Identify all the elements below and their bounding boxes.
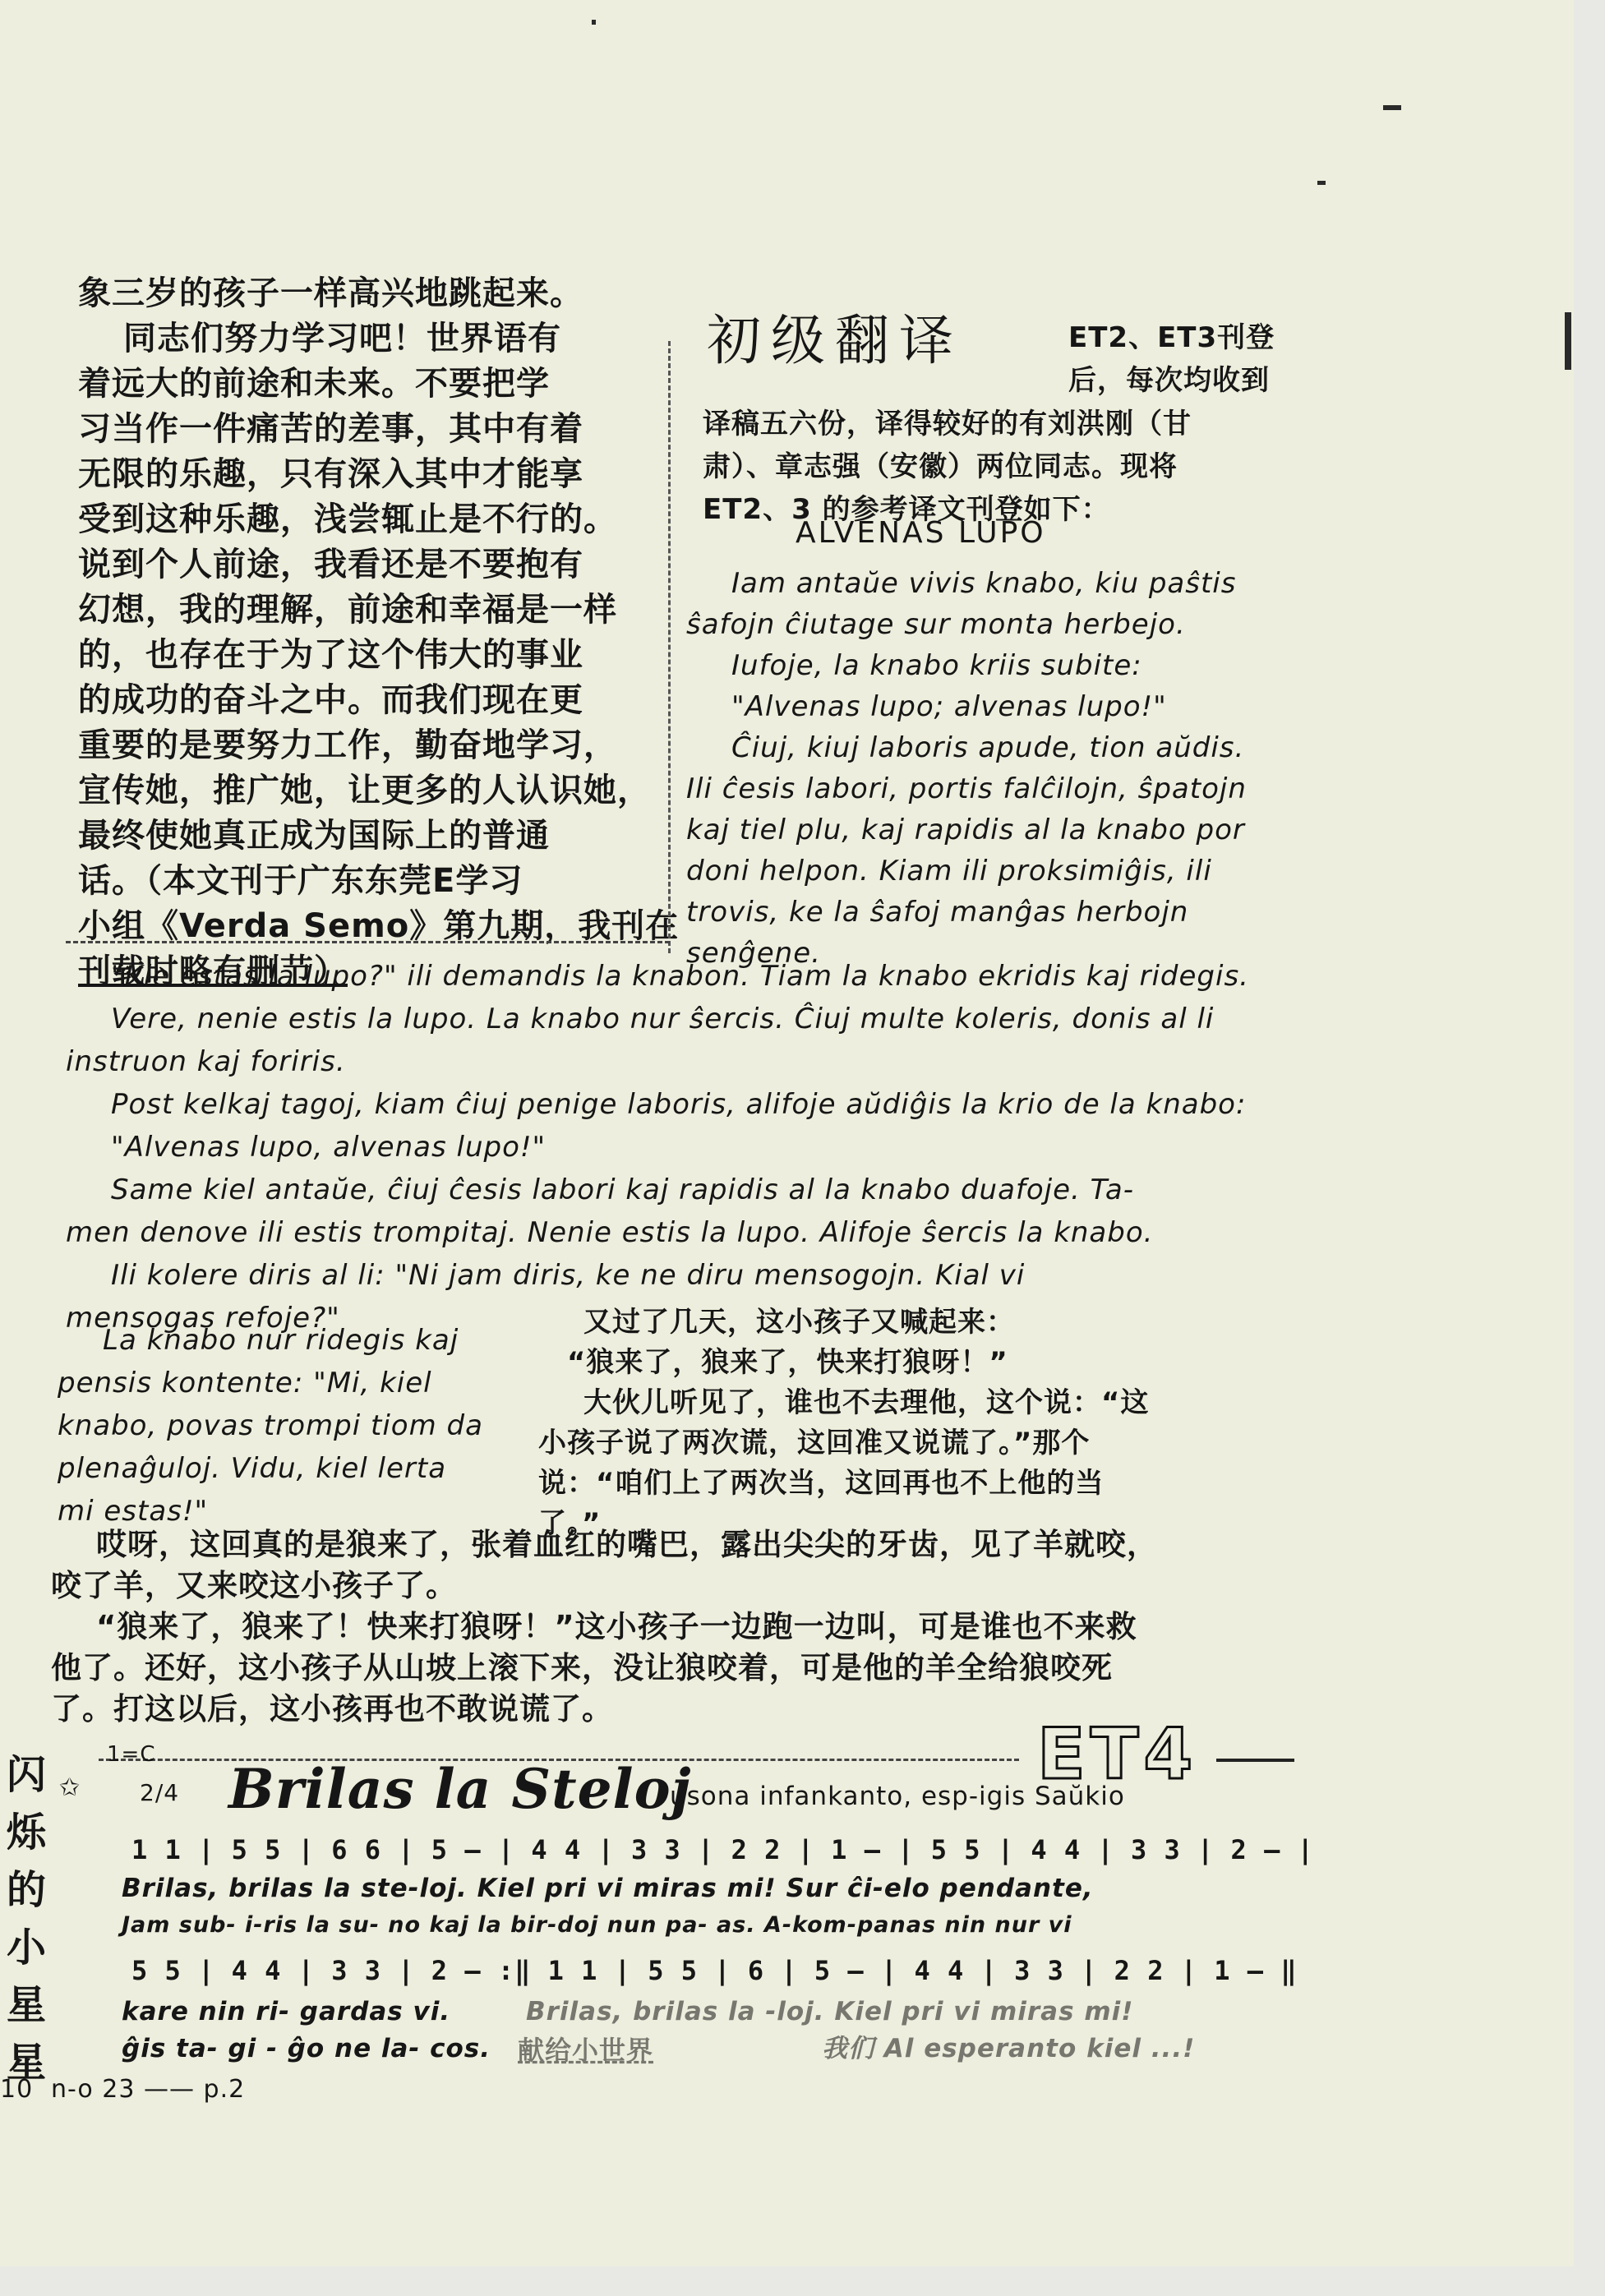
zh-line: 说：“咱们上了两次当，这回再也不上他的当	[538, 1464, 1149, 1504]
song-subtitle: usona infankanto, esp-igis Saŭkio	[670, 1782, 1125, 1811]
essay-line: 幻想，我的理解，前途和幸福是一样	[78, 588, 679, 633]
lyrics-line-2a: kare nin ri- gardas vi.	[122, 1993, 450, 2031]
story-line: Ili ĉesis labori, portis falĉilojn, ŝpat…	[686, 768, 1247, 809]
story-line: Ĉiuj, kiuj laboris apude, tion aŭdis.	[686, 727, 1247, 768]
section-title: 初级翻译	[707, 308, 963, 374]
zh-line: 又过了几天，这小孩子又喊起来：	[538, 1302, 1149, 1343]
story-title: ALVENAS LUPO	[796, 516, 1046, 550]
ink-speck	[592, 20, 596, 25]
star-icon: ✩	[59, 1773, 80, 1802]
lyrics-line-2c: Brilas, brilas la -loj. Kiel pri vi mira…	[526, 1993, 1133, 2031]
essay-line: 的成功的奋斗之中。而我们现在更	[78, 678, 679, 723]
story-line: "Kie estas la lupo?" ili demandis la kna…	[66, 955, 1249, 998]
intro-line: 后，每次均收到	[1068, 359, 1275, 402]
translation-intro-cont: 译稿五六份，译得较好的有刘洪刚（甘 肃）、章志强（安徽）两位同志。现将 ET2、…	[703, 403, 1192, 531]
footer-prefix: 10	[0, 2075, 33, 2104]
dedication-esperanto: 我们 Al esperanto kiel ...!	[822, 2030, 1195, 2068]
story-line: "Alvenas lupo, alvenas lupo!"	[66, 1126, 1249, 1169]
intro-line: ET2、ET3刊登	[1068, 316, 1275, 359]
story-line: instruon kaj foriris.	[66, 1040, 1249, 1083]
zh-line: 大伙儿听见了，谁也不去理他，这个说：“这	[538, 1383, 1149, 1423]
column-divider	[668, 341, 671, 953]
lyrics-line-1b: Jam sub- i-ris la su- no kaj la bir-doj …	[122, 1906, 1072, 1944]
zh-line: 哎呀，这回真的是狼来了，张着血红的嘴巴，露出尖尖的牙齿，见了羊就咬，	[51, 1524, 1158, 1565]
story-line: Vere, nenie estis la lupo. La knabo nur …	[66, 998, 1249, 1040]
zh-line: “狼来了，狼来了，快来打狼呀！”	[538, 1343, 1149, 1383]
zh-line: 咬了羊，又来咬这小孩子了。	[51, 1565, 1158, 1607]
story-right-column: Iam antaŭe vivis knabo, kiu paŝtis ŝafoj…	[686, 563, 1247, 974]
story-line: knabo, povas trompi tiom da	[58, 1404, 483, 1447]
notation-line-2: 5 5 | 4 4 | 3 3 | 2 — :‖ 1 1 | 5 5 | 6 |…	[131, 1952, 1298, 1989]
left-column-essay: 象三岁的孩子一样高兴地跳起来。 同志们努力学习吧！世界语有 着远大的前途和未来。…	[78, 271, 679, 994]
essay-line: 受到这种乐趣，浅尝辄止是不行的。	[78, 497, 679, 542]
essay-line: 着远大的前途和未来。不要把学	[78, 362, 679, 407]
vertical-chinese-title: 闪烁的小星星	[7, 1746, 56, 2091]
story-line: La knabo nur ridegis kaj	[58, 1319, 483, 1362]
essay-line: 象三岁的孩子一样高兴地跳起来。	[78, 271, 679, 316]
story-line: trovis, ke la ŝafoj manĝas herbojn	[686, 892, 1247, 933]
story-line: men denove ili estis trompitaj. Nenie es…	[66, 1211, 1249, 1254]
intro-line: 肃）、章志强（安徽）两位同志。现将	[703, 445, 1192, 488]
split-right-chinese: 又过了几天，这小孩子又喊起来： “狼来了，狼来了，快来打狼呀！” 大伙儿听见了，…	[538, 1302, 1149, 1544]
ending-chinese: 哎呀，这回真的是狼来了，张着血红的嘴巴，露出尖尖的牙齿，见了羊就咬， 咬了羊，又…	[51, 1524, 1158, 1730]
ink-speck	[1565, 312, 1571, 370]
story-line: kaj tiel plu, kaj rapidis al la knabo po…	[686, 809, 1247, 851]
song-title: Brilas la Steloj	[228, 1757, 692, 1821]
story-line: Same kiel antaŭe, ĉiuj ĉesis labori kaj …	[66, 1169, 1249, 1211]
dedication-chinese: 献给小世界	[518, 2030, 653, 2068]
split-left-esperanto: La knabo nur ridegis kaj pensis kontente…	[58, 1319, 483, 1533]
story-line: Post kelkaj tagoj, kiam ĉiuj penige labo…	[66, 1083, 1249, 1126]
page-footer: n-o 23 —— p.2	[51, 2075, 245, 2104]
zh-line: “狼来了，狼来了！快来打狼呀！”这小孩子一边跑一边叫，可是谁也不来救	[51, 1607, 1158, 1648]
translation-intro: ET2、ET3刊登 后，每次均收到	[1068, 316, 1275, 402]
zh-line: 了。打这以后，这小孩再也不敢说谎了。	[51, 1689, 1158, 1730]
story-line: doni helpon. Kiam ili proksimiĝis, ili	[686, 851, 1247, 892]
intro-line: 译稿五六份，译得较好的有刘洪刚（甘	[703, 403, 1192, 445]
story-continuation: "Kie estas la lupo?" ili demandis la kna…	[66, 955, 1249, 1339]
essay-line: 最终使她真正成为国际上的普通	[78, 814, 679, 859]
ink-speck	[1317, 181, 1326, 185]
zh-line: 小孩子说了两次谎，这回准又说谎了。”那个	[538, 1423, 1149, 1464]
section-divider	[66, 941, 670, 943]
story-line: ŝafojn ĉiutage sur monta herbejo.	[686, 604, 1247, 645]
essay-line: 话。（本文刊于广东东莞E学习	[78, 859, 679, 904]
essay-line: 重要的是要努力工作，勤奋地学习，	[78, 723, 679, 768]
ink-speck	[1383, 105, 1401, 110]
essay-line: 同志们努力学习吧！世界语有	[78, 316, 679, 362]
badge-rule	[1216, 1759, 1294, 1762]
time-signature: 2/4	[140, 1779, 179, 1806]
story-line: Iam antaŭe vivis knabo, kiu paŝtis	[686, 563, 1247, 604]
essay-line: 习当作一件痛苦的差事，其中有着	[78, 407, 679, 452]
zh-line: 他了。还好，这小孩子从山坡上滚下来，没让狼咬着，可是他的羊全给狼咬死	[51, 1648, 1158, 1689]
essay-line: 说到个人前途，我看还是不要抱有	[78, 542, 679, 588]
essay-line: 无限的乐趣，只有深入其中才能享	[78, 452, 679, 497]
story-line: "Alvenas lupo; alvenas lupo!"	[686, 686, 1247, 727]
notation-line-1: 1 1 | 5 5 | 6 6 | 5 — | 4 4 | 3 3 | 2 2 …	[131, 1831, 1314, 1869]
lyrics-line-1a: Brilas, brilas la ste-loj. Kiel pri vi m…	[122, 1870, 1094, 1907]
essay-line: 宣传她，推广她，让更多的人认识她，	[78, 768, 679, 814]
story-line: Ili kolere diris al li: "Ni jam diris, k…	[66, 1254, 1249, 1297]
story-line: plenaĝuloj. Vidu, kiel lerta	[58, 1447, 483, 1490]
story-line: pensis kontente: "Mi, kiel	[58, 1362, 483, 1404]
lyrics-line-2b: ĝis ta- gi - ĝo ne la- cos.	[122, 2030, 491, 2068]
song-key: 1=C	[107, 1742, 155, 1767]
essay-line: 的，也存在于为了这个伟大的事业	[78, 633, 679, 678]
story-line: Iufoje, la knabo kriis subite:	[686, 645, 1247, 686]
